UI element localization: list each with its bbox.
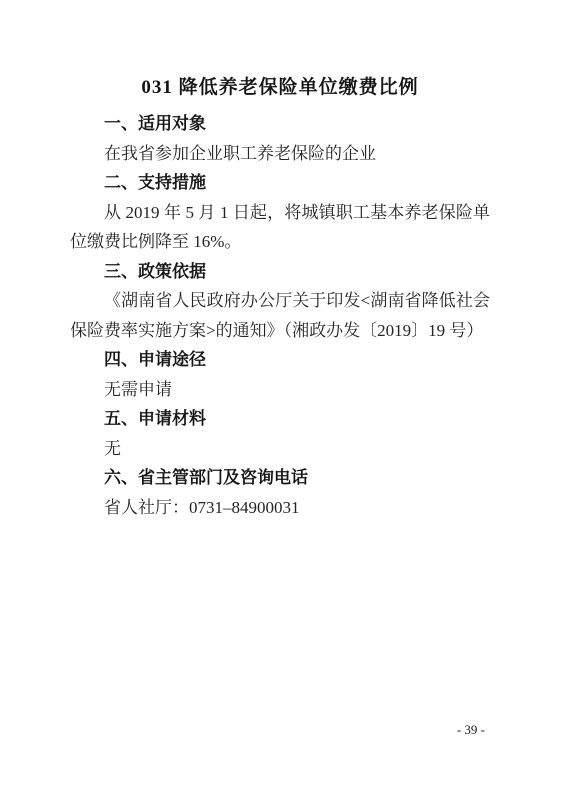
section-applicable-targets: 一、适用对象 在我省参加企业职工养老保险的企业 (70, 109, 490, 168)
section-body-support-measures: 从 2019 年 5 月 1 日起，将城镇职工基本养老保险单位缴费比例降至 16… (70, 198, 490, 257)
section-support-measures: 二、支持措施 从 2019 年 5 月 1 日起，将城镇职工基本养老保险单位缴费… (70, 168, 490, 257)
section-heading-department-contact: 六、省主管部门及咨询电话 (70, 463, 490, 493)
document-page: 031 降低养老保险单位缴费比例 一、适用对象 在我省参加企业职工养老保险的企业… (0, 0, 561, 793)
section-application-channel: 四、申请途径 无需申请 (70, 345, 490, 404)
document-title: 031 降低养老保险单位缴费比例 (70, 75, 490, 101)
section-body-department-contact: 省人社厅：0731–84900031 (70, 493, 490, 523)
section-policy-basis: 三、政策依据 《湖南省人民政府办公厅关于印发<湖南省降低社会保险费率实施方案>的… (70, 257, 490, 346)
section-application-materials: 五、申请材料 无 (70, 404, 490, 463)
section-body-application-channel: 无需申请 (70, 375, 490, 405)
document-content: 031 降低养老保险单位缴费比例 一、适用对象 在我省参加企业职工养老保险的企业… (70, 0, 490, 522)
section-heading-support-measures: 二、支持措施 (70, 168, 490, 198)
section-body-application-materials: 无 (70, 434, 490, 464)
section-department-contact: 六、省主管部门及咨询电话 省人社厅：0731–84900031 (70, 463, 490, 522)
page-number: - 39 - (457, 722, 485, 738)
section-heading-policy-basis: 三、政策依据 (70, 257, 490, 287)
section-heading-applicable-targets: 一、适用对象 (70, 109, 490, 139)
section-body-policy-basis: 《湖南省人民政府办公厅关于印发<湖南省降低社会保险费率实施方案>的通知》（湘政办… (70, 286, 490, 345)
section-heading-application-materials: 五、申请材料 (70, 404, 490, 434)
section-body-applicable-targets: 在我省参加企业职工养老保险的企业 (70, 139, 490, 169)
section-heading-application-channel: 四、申请途径 (70, 345, 490, 375)
